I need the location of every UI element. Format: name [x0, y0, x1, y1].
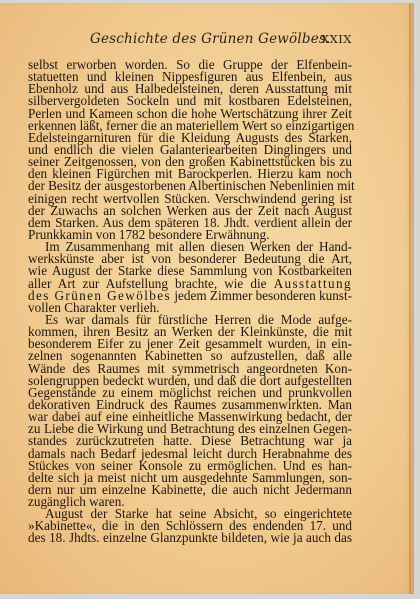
page-number: XXIX — [321, 32, 352, 46]
running-title: Geschichte des Grünen Gewölbes. — [90, 31, 331, 47]
book-page: Geschichte des Grünen Gewölbes. XXIX sel… — [0, 3, 414, 594]
page-header: Geschichte des Grünen Gewölbes. XXIX — [28, 31, 352, 49]
text-line: des 18. Jhdts. einzelne Glanzpunkte bild… — [28, 532, 352, 544]
text-segment: jedem Zimmer besonderen kunst- — [171, 288, 352, 303]
body-text: selbst erworben worden. So die Gruppe de… — [28, 59, 352, 545]
